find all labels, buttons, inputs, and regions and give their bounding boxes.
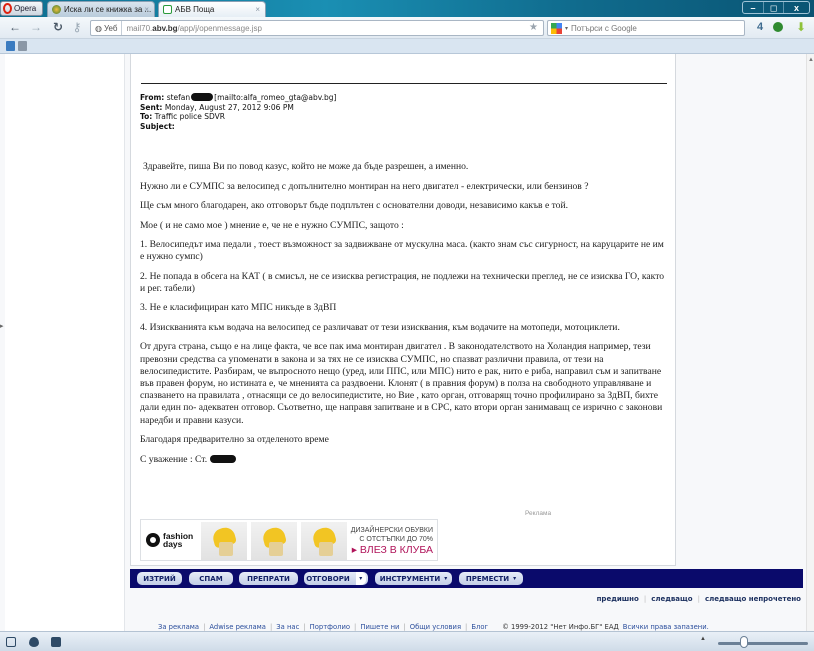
scroll-up-icon[interactable]: ▲ [808,57,814,63]
globe-icon: ◍ [95,24,102,33]
navigation-bar: ← → ↻ ⚷ ◍ Уеб mail70.abv.bg/app/j/openme… [0,17,814,39]
copyright: © 1999-2012 "Нет Инфо.БГ" ЕАД [502,623,619,631]
next-link[interactable]: следващо [651,595,692,603]
zoom-slider-handle[interactable] [740,636,748,648]
sidebar-toggle-icon[interactable]: ▸ [0,322,4,330]
page-viewport: ▸ From: stefan[mailto:alfa_romeo_gta@abv… [0,54,806,631]
from-name: stefan [167,93,190,102]
back-arrow-icon[interactable]: ← [8,20,22,34]
from-email: [mailto:alfa_romeo_gta@abv.bg] [214,93,336,102]
forum-favicon-icon [52,5,61,14]
forward-arrow-icon[interactable]: → [29,20,43,34]
paragraph: Благодаря предварително за отделеното вр… [140,434,668,446]
ad-label: Реклама [525,510,551,517]
left-sidebar [5,54,125,631]
signature: С уважение : Ст. [140,454,668,466]
paragraph: Здравейте, пиша Ви по повод казус, който… [140,161,668,173]
footer-link[interactable]: Пишете ни [360,623,399,631]
google-logo-icon [551,23,562,34]
chevron-down-icon: ▾ [513,575,516,582]
home-favicon-icon [163,5,172,14]
extension-4-icon[interactable]: 4 [753,20,767,34]
browser-titlebar: Opera Иска ли се книжка за ... × АБВ Пощ… [0,0,814,17]
footer-link[interactable]: Блог [471,623,488,631]
from-row: From: stefan[mailto:alfa_romeo_gta@abv.b… [140,93,336,103]
ad-cta[interactable]: ▸ ВЛЕЗ В КЛУБА [349,544,433,556]
bookmark-star-icon[interactable]: ★ [529,22,538,33]
footer-link[interactable]: Портфолио [310,623,350,631]
search-engine-dropdown-icon[interactable]: ▾ [565,25,568,32]
address-bar[interactable]: ◍ Уеб mail70.abv.bg/app/j/openmessage.js… [90,20,544,36]
tools-button[interactable]: ИНСТРУМЕНТИ▾ [375,572,452,585]
security-label: Уеб [104,24,118,33]
to-row: To: Traffic police SDVR [140,112,336,122]
search-field[interactable]: ▾ Потърси с Google [547,20,745,36]
paragraph: Нужно ли е СУМПС за велосипед с допълнит… [140,181,668,193]
sent-date: Monday, August 27, 2012 9:06 PM [165,103,294,112]
ad-brand: fashiondays [141,520,199,560]
previous-link[interactable]: предишно [597,595,639,603]
message-headers: From: stefan[mailto:alfa_romeo_gta@abv.b… [140,93,336,131]
tab-abv-mail[interactable]: АБВ Поща × [158,1,266,17]
view-options-icon[interactable]: ▲ [700,636,706,642]
maximize-button[interactable]: ◻ [763,2,783,14]
tab-title: Иска ли се книжка за ... [64,5,151,14]
minimize-button[interactable]: – [743,2,763,14]
paragraph: 4. Изискванията към водача на велосипед … [140,322,668,334]
sent-row: Sent: Monday, August 27, 2012 9:06 PM [140,103,336,113]
paragraph: 3. Не е класифициран като МПС никъде в З… [140,302,668,314]
close-window-button[interactable]: x [783,2,809,14]
download-arrow-icon[interactable]: ⬇ [794,20,808,34]
redacted-surname [191,93,213,101]
footer-link[interactable]: За реклама [158,623,199,631]
message-card: From: stefan[mailto:alfa_romeo_gta@abv.b… [130,54,676,566]
spam-button[interactable]: СПАМ [189,572,233,585]
header-divider [141,83,667,84]
move-button[interactable]: ПРЕМЕСТИ▾ [459,572,523,585]
zoom-slider[interactable] [718,642,808,645]
page-footer: За реклама| Adwise реклама| За нас| Порт… [158,623,709,631]
bookmarks-toolbar [0,39,814,54]
footer-link[interactable]: Общи условия [410,623,461,631]
key-icon[interactable]: ⚷ [70,20,84,34]
status-bar: ▲ [0,631,814,651]
message-pager: предишно | следващо | следващо непрочете… [597,595,801,603]
message-action-bar: ИЗТРИЙ СПАМ ПРЕПРАТИ ОТГОВОРИ▾ ИНСТРУМЕН… [130,569,803,588]
ad-banner[interactable]: fashiondays ДИЗАЙНЕРСКИ ОБУВКИ С ОТСТЪПК… [140,519,438,561]
footer-link[interactable]: За нас [276,623,299,631]
url-text: mail70.abv.bg/app/j/openmessage.jsp [122,24,261,33]
chevron-down-icon: ▾ [444,575,447,582]
reload-icon[interactable]: ↻ [51,20,65,34]
tab-forum[interactable]: Иска ли се книжка за ... × [47,1,155,17]
unite-icon[interactable] [51,637,61,647]
fashion-days-logo-icon [146,533,160,547]
paragraph: Мое ( и не само мое ) мнение е, че не е … [140,220,668,232]
extension-p-icon[interactable] [773,22,783,32]
ad-copy: ДИЗАЙНЕРСКИ ОБУВКИ С ОТСТЪПКИ ДО 70% ▸ В… [349,520,437,560]
reply-dropdown-icon[interactable]: ▾ [356,572,366,585]
subject-row: Subject: [140,122,336,132]
opera-logo-icon [3,3,12,14]
shoe-image [201,522,247,560]
security-badge[interactable]: ◍ Уеб [91,21,122,35]
tab-title: АБВ Поща [175,5,214,14]
paragraph: От друга страна, също е на лице факта, ч… [140,341,668,426]
vertical-scrollbar[interactable]: ▲ [806,54,814,631]
rights-link[interactable]: Всички права запазени. [623,623,709,631]
opera-menu-button[interactable]: Opera [0,1,43,16]
paragraph: Ще съм много благодарен, ако отговорът б… [140,200,668,212]
bookmark-icon[interactable] [18,41,27,51]
reply-button[interactable]: ОТГОВОРИ▾ [304,572,368,585]
panel-toggle-icon[interactable] [6,637,16,647]
window-controls: – ◻ x [742,1,810,14]
paragraph: 2. Не попада в обсега на КАТ ( в смисъл,… [140,271,668,295]
panel-icon[interactable] [6,41,15,51]
shoe-image [301,522,347,560]
redacted-signature [210,455,236,463]
next-unread-link[interactable]: следващо непрочетено [705,595,801,603]
close-tab-icon[interactable]: × [144,5,149,14]
search-placeholder: Потърси с Google [571,24,637,33]
paragraph: 1. Велосипедът има педали , тоест възмож… [140,239,668,263]
delete-button[interactable]: ИЗТРИЙ [137,572,182,585]
footer-link[interactable]: Adwise реклама [209,623,266,631]
close-tab-icon[interactable]: × [255,5,260,14]
message-body: Здравейте, пиша Ви по повод казус, който… [140,161,668,473]
turbo-icon[interactable] [29,637,39,647]
shoe-image [251,522,297,560]
forward-button[interactable]: ПРЕПРАТИ [239,572,298,585]
recipient: Traffic police SDVR [155,112,225,121]
opera-menu-label: Opera [14,4,36,13]
